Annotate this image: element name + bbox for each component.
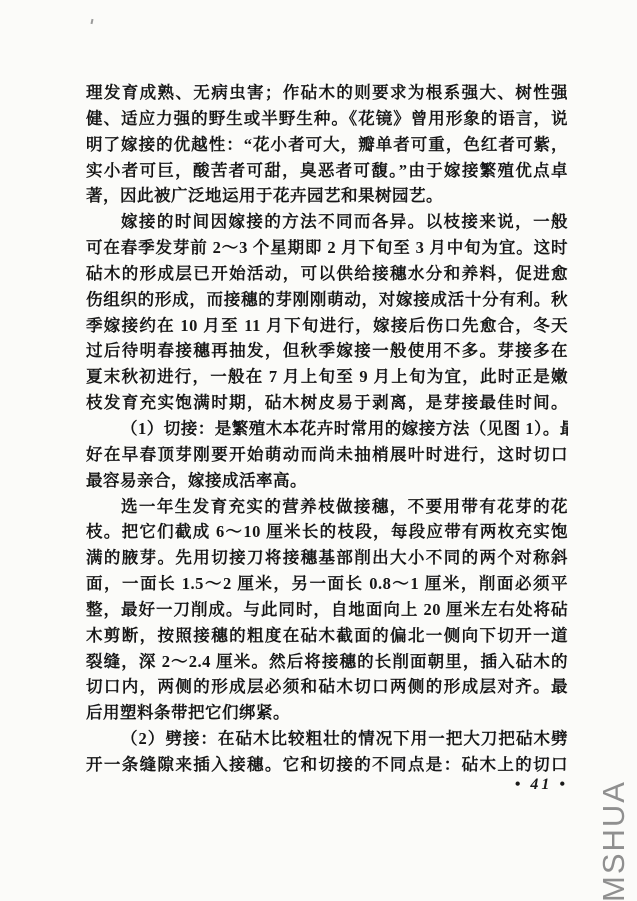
text-line: 过后待明春接穗再抽发，但秋季嫁接一般使用不多。芽接多在 xyxy=(86,338,568,364)
text-line: 整，最好一刀削成。与此同时，自地面向上 20 厘米左右处将砧 xyxy=(86,597,568,623)
watermark-mshua: MSHUA xyxy=(596,780,632,901)
text-line: 伤组织的形成，而接穗的芽刚刚萌动，对嫁接成活十分有利。秋 xyxy=(86,287,568,313)
text-line: 好在早春顶芽刚要开始萌动而尚未抽梢展叶时进行，这时切口 xyxy=(86,442,568,468)
body-text: 理发育成熟、无病虫害；作砧木的则要求为根系强大、树性强健、适应力强的野生或半野生… xyxy=(86,80,568,778)
text-line: 开一条缝隙来插入接穗。它和切接的不同点是：砧木上的切口 xyxy=(86,752,568,778)
text-line: 选一年生发育充实的营养枝做接穗，不要用带有花芽的花 xyxy=(86,494,568,520)
text-line: 健、适应力强的野生或半野生种。《花镜》曾用形象的语言，说 xyxy=(86,106,568,132)
text-line: 可在春季发芽前 2～3 个星期即 2 月下旬至 3 月中旬为宜。这时 xyxy=(86,235,568,261)
text-line: 枝发育充实饱满时期，砧木树皮易于剥离，是芽接最佳时间。 xyxy=(86,390,568,416)
text-line: 后用塑料条带把它们绑紧。 xyxy=(86,700,568,726)
page-number: • 41 • xyxy=(86,776,568,794)
text-line: 嫁接的时间因嫁接的方法不同而各异。以枝接来说，一般 xyxy=(86,209,568,235)
text-line: 裂缝，深 2～2.4 厘米。然后将接穗的长削面朝里，插入砧木的 xyxy=(86,649,568,675)
text-line: 满的腋芽。先用切接刀将接穗基部削出大小不同的两个对称斜 xyxy=(86,545,568,571)
text-line: 面，一面长 1.5～2 厘米，另一面长 0.8～1 厘米，削面必须平 xyxy=(86,571,568,597)
text-line: （1）切接：是繁殖木本花卉时常用的嫁接方法（见图 1）。最 xyxy=(86,416,568,442)
text-line: 砧木的形成层已开始活动，可以供给接穗水分和养料，促进愈 xyxy=(86,261,568,287)
text-line: 著，因此被广泛地运用于花卉园艺和果树园艺。 xyxy=(86,183,568,209)
text-line: 夏末秋初进行，一般在 7 月上旬至 9 月上旬为宜，此时正是嫩 xyxy=(86,364,568,390)
text-line: 明了嫁接的优越性：“花小者可大，瓣单者可重，色红者可紫， xyxy=(86,132,568,158)
scanned-page: 理发育成熟、无病虫害；作砧木的则要求为根系强大、树性强健、适应力强的野生或半野生… xyxy=(0,0,637,901)
scan-artifact-dot xyxy=(91,19,94,24)
text-line: （2）劈接：在砧木比较粗壮的情况下用一把大刀把砧木劈 xyxy=(86,726,568,752)
text-line: 理发育成熟、无病虫害；作砧木的则要求为根系强大、树性强 xyxy=(86,80,568,106)
text-line: 切口内，两侧的形成层必须和砧木切口两侧的形成层对齐。最 xyxy=(86,674,568,700)
text-line: 最容易亲合，嫁接成活率高。 xyxy=(86,468,568,494)
text-line: 枝。把它们截成 6～10 厘米长的枝段，每段应带有两枚充实饱 xyxy=(86,519,568,545)
text-line: 实小者可巨，酸苦者可甜，臭恶者可馥。”由于嫁接繁殖优点卓 xyxy=(86,158,568,184)
text-line: 木剪断，按照接穗的粗度在砧木截面的偏北一侧向下切开一道 xyxy=(86,623,568,649)
text-line: 季嫁接约在 10 月至 11 月下旬进行，嫁接后伤口先愈合，冬天 xyxy=(86,313,568,339)
